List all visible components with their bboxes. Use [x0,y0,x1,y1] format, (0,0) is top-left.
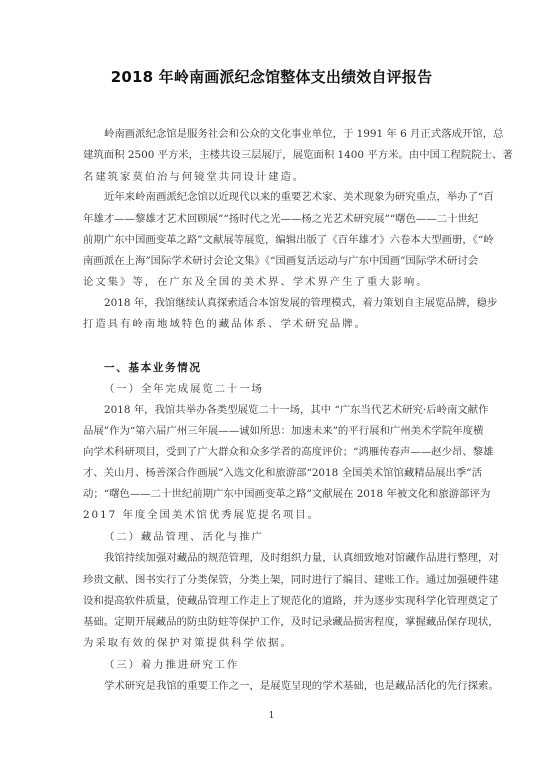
document-page: 2018 年岭南画派纪念馆整体支出绩效自评报告 岭南画派纪念馆是服务社会和公众的… [0,0,543,768]
section-heading: 一、基本业务情况 [104,361,202,375]
paragraph-line: 2017 年度全国美术馆优秀展览提名项目。 [83,508,463,522]
paragraph-line: 品展”作为“第六届广州三年展——诚如所思：加速未来”的平行展和广州美术学院年度横 [83,424,463,438]
subsection-heading: （三）着力推进研究工作 [104,658,239,672]
page-number: 1 [0,711,543,721]
paragraph-line: 近年来岭南画派纪念馆以近现代以来的重要艺术家、美术现象为研究重点，举办了“百 [104,190,463,204]
paragraph-line: 名建筑家莫伯治与何镜堂共同设计建造。 [83,170,463,184]
paragraph-line: 2018 年，我馆继续认真探索适合本馆发展的管理模式，着力策划自主展览品牌，稳步 [104,296,463,310]
subsection-heading: （二）藏品管理、活化与推广 [104,530,264,544]
paragraph-line: 年雄才——黎雄才艺术回顾展”“扬时代之光——杨之光艺术研究展”“曙色——二十世纪 [83,212,463,226]
paragraph-line: 前期广东中国画变革之路”文献展等展览，编辑出版了《百年雄才》六卷本大型画册，《“… [83,233,463,247]
paragraph-line: 论文集》等，在广东及全国的美术界、学术界产生了重大影响。 [83,275,463,289]
paragraph-line: 建筑面积 2500 平方米，主楼共设三层展厅，展览面积 1400 平方米。由中国… [83,148,463,162]
paragraph-line: 设和提高软件质量，使藏品管理工作走上了规范化的道路，并为逐步实现科学化管理奠定了 [83,594,463,608]
paragraph-line: 基础。定期开展藏品的防虫防蛀等保护工作，及时记录藏品损害程度，掌握藏品保存现状， [83,615,463,629]
paragraph-line: 为采取有效的保护对策提供科学依据。 [83,636,463,650]
subsection-heading: （一）全年完成展览二十一场 [104,382,264,396]
paragraph-line: 打造具有岭南地域特色的藏品体系、学术研究品牌。 [83,317,463,331]
paragraph-line: 2018 年，我馆共举办各类型展览二十一场，其中 “广东当代艺术研究·后岭南文献… [104,403,463,417]
paragraph-line: 向学术科研项目，受到了广大群众和众多学者的高度评价；“鸿雁传春声——赵少昂、黎雄 [83,445,463,459]
paragraph-line: 珍贵文献、图书实行了分类保管，分类上架，同时进行了编目、建账工作。通过加强硬件建 [83,573,463,587]
paragraph-line: 学术研究是我馆的重要工作之一，是展览呈现的学术基础，也是藏品活化的先行探索。 [104,679,463,693]
paragraph-line: 南画派在上海”国际学术研讨会论文集》《“国画复活运动与广东中国画”国际学术研讨会 [83,254,463,268]
paragraph-line: 岭南画派纪念馆是服务社会和公众的文化事业单位，于 1991 年 6 月正式落成开… [104,127,463,141]
paragraph-line: 我馆持续加强对藏品的规范管理，及时组织力量，认真细致地对馆藏作品进行整理，对 [104,551,463,565]
paragraph-line: 才、关山月、杨善深合作画展”入选文化和旅游部“2018 全国美术馆馆藏精品展出季… [83,466,463,480]
document-title: 2018 年岭南画派纪念馆整体支出绩效自评报告 [0,66,543,87]
paragraph-line: 动；“曙色——二十世纪前期广东中国画变革之路”文献展在 2018 年被文化和旅游… [83,487,463,501]
